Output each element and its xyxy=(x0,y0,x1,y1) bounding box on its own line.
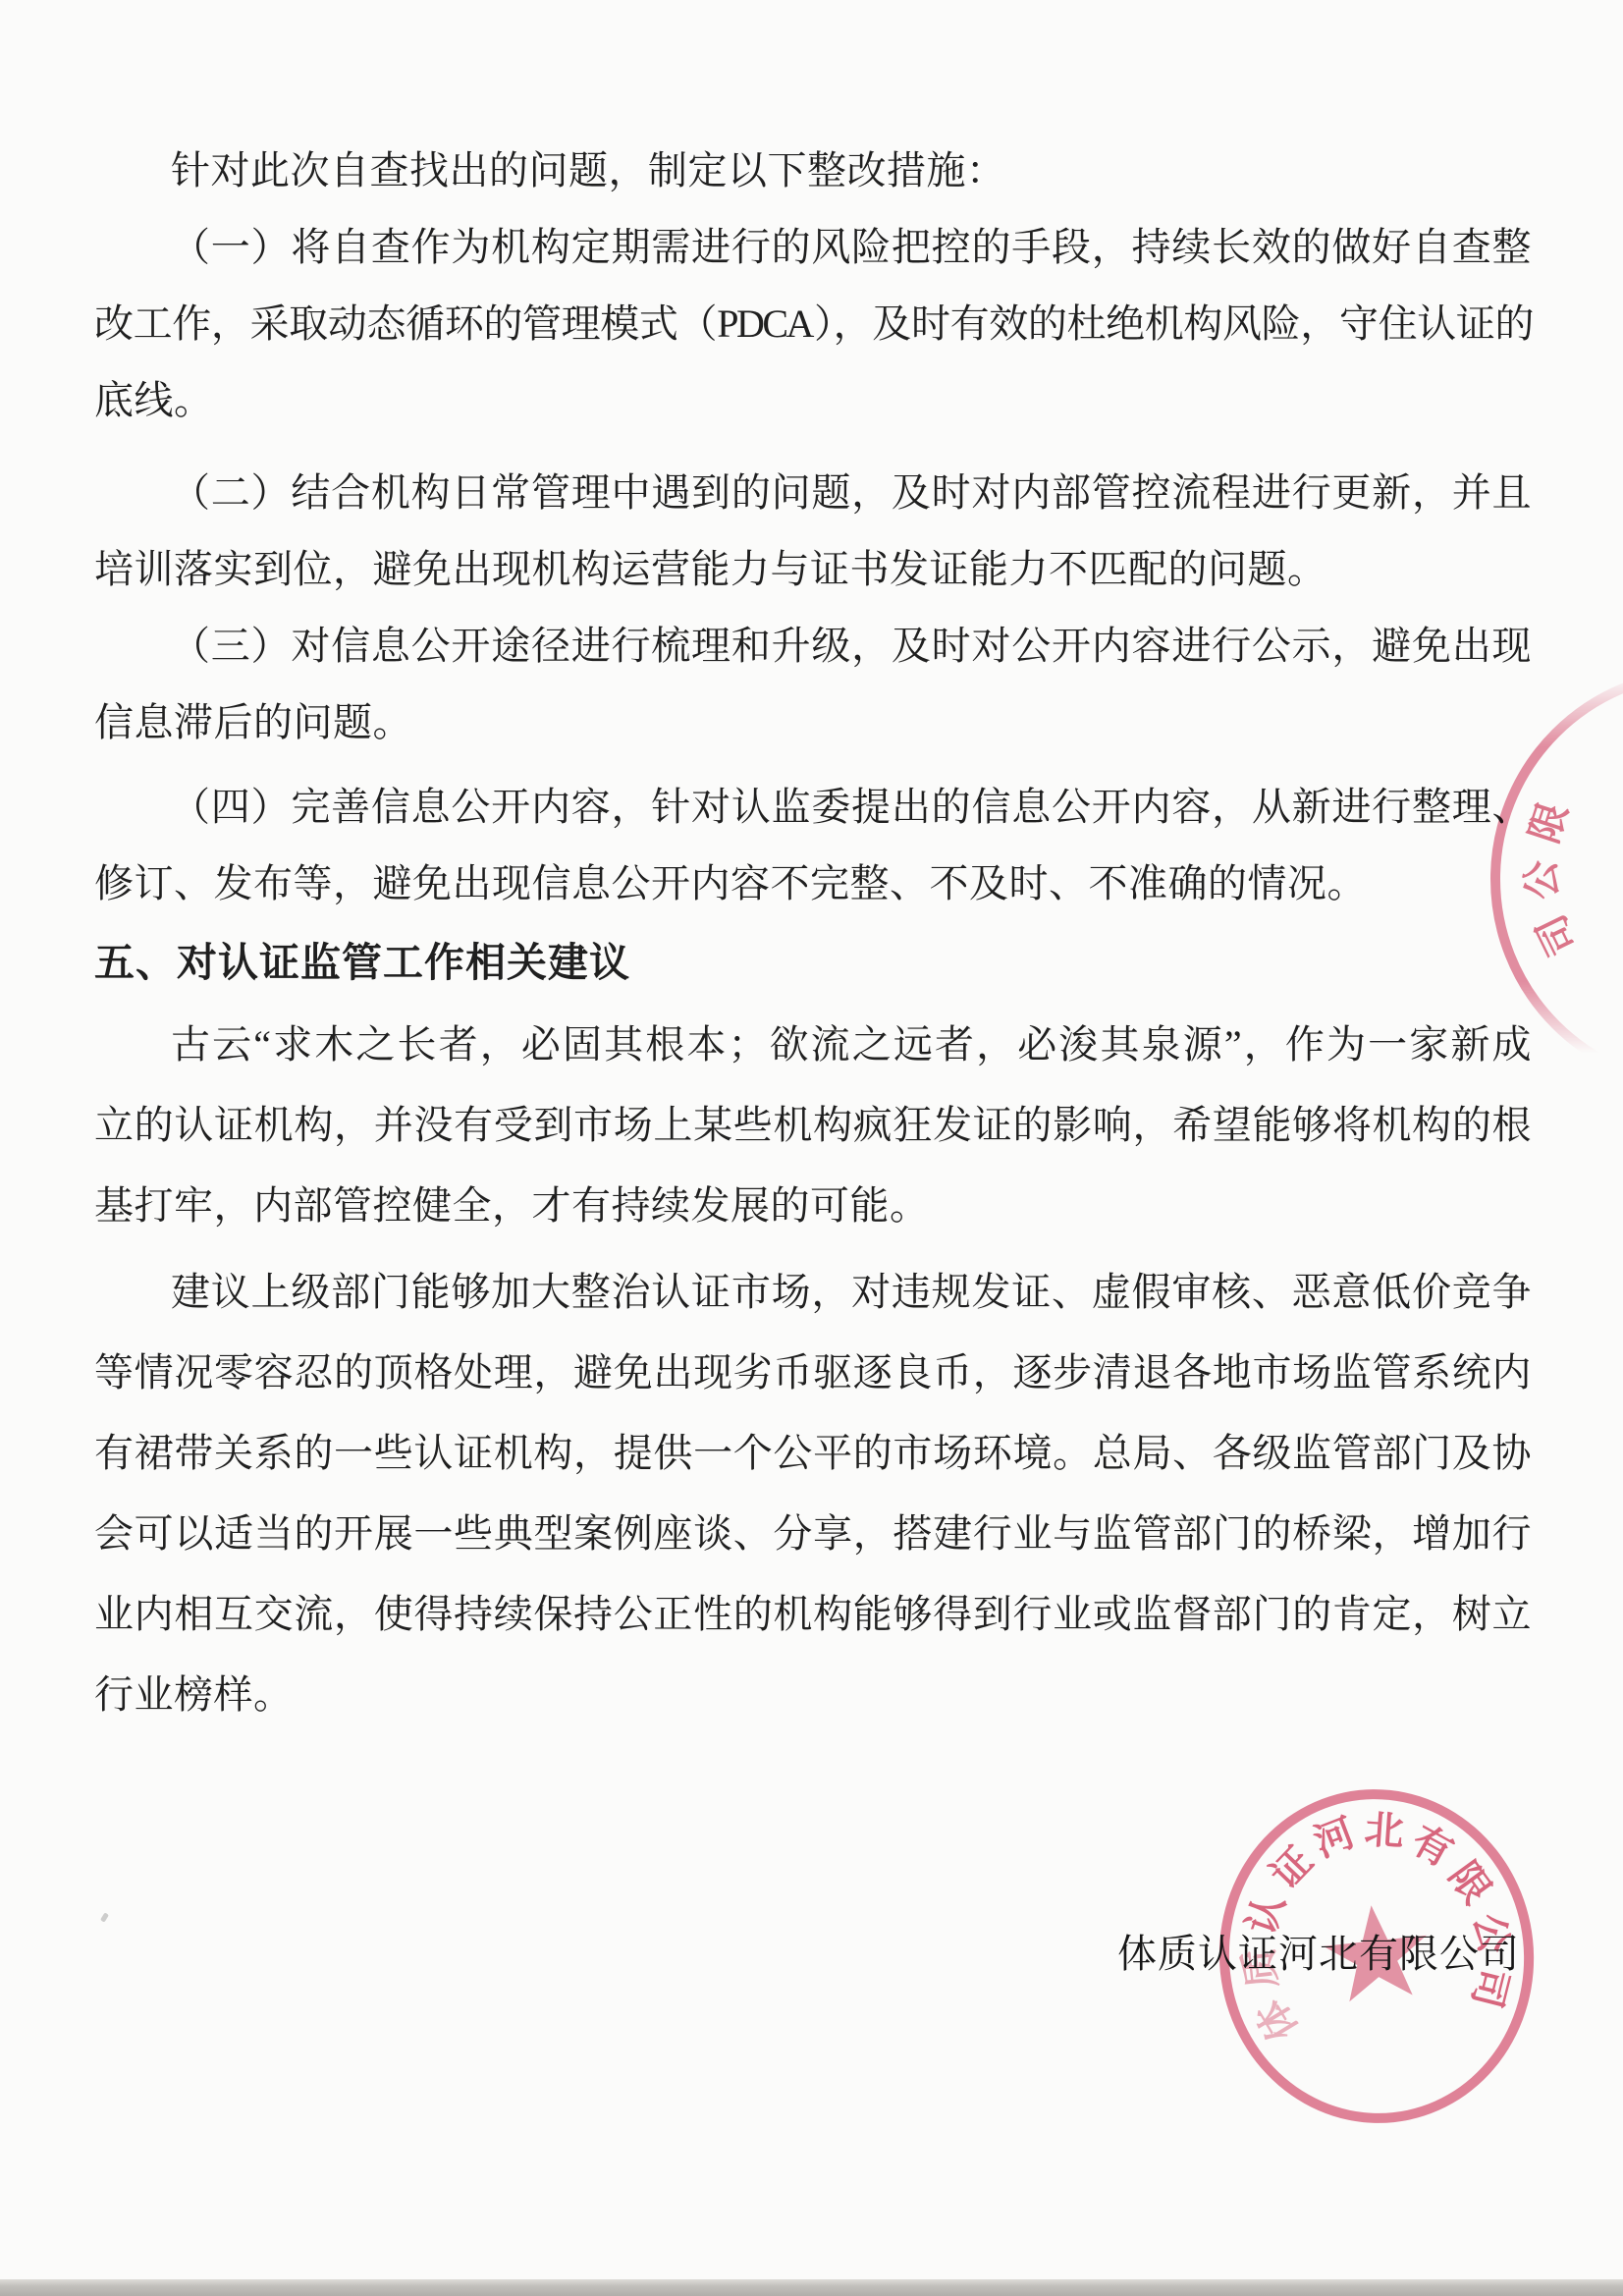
text-line: （一）将自查作为机构定期需进行的风险把控的手段，持续长效的做好自查整 xyxy=(94,224,1532,271)
text-line: 等情况零容忍的顶格处理，避免出现劣币驱逐良币，逐步清退各地市场监管系统内 xyxy=(94,1349,1532,1396)
partial-company-seal: 限 公 司 xyxy=(1436,676,1623,1068)
text-line: 业内相互交流，使得持续保持公正性的机构能够得到行业或监督部门的肯定，树立 xyxy=(94,1591,1532,1638)
scan-speck xyxy=(100,1912,109,1922)
text-line: 改工作，采取动态循环的管理模式（PDCA），及时有效的杜绝机构风险，守住认证的 xyxy=(94,301,1532,348)
text-line: 修订、发布等，避免出现信息公开内容不完整、不及时、不准确的情况。 xyxy=(94,860,1532,907)
text-line: 行业榜样。 xyxy=(94,1671,1532,1719)
company-signature: 体质认证河北有限公司 xyxy=(884,1923,1520,1979)
scanned-document-page: { "page": { "type": "scanned-document-pa… xyxy=(0,0,1623,2296)
text-line: 基打牢，内部管控健全，才有持续发展的可能。 xyxy=(94,1182,1532,1230)
text-line: （三）对信息公开途径进行梳理和升级，及时对公开内容进行公示，避免出现 xyxy=(94,623,1532,670)
text-line: 立的认证机构，并没有受到市场上某些机构疯狂发证的影响，希望能够将机构的根 xyxy=(94,1102,1532,1149)
text-line: 有裙带关系的一些认证机构，提供一个公平的市场环境。总局、各级监管部门及协 xyxy=(94,1430,1532,1477)
text-line: 建议上级部门能够加大整治认证市场，对违规发证、虚假审核、恶意低价竞争 xyxy=(94,1269,1532,1316)
text-line: 古云“求木之长者，必固其根本；欲流之远者，必浚其泉源”，作为一家新成 xyxy=(94,1021,1532,1068)
text-line: （四）完善信息公开内容，针对认监委提出的信息公开内容，从新进行整理、 xyxy=(94,784,1532,831)
text-line: 培训落实到位，避免出现机构运营能力与证书发证能力不匹配的问题。 xyxy=(94,546,1532,593)
text-line: 会可以适当的开展一些典型案例座谈、分享，搭建行业与监管部门的桥梁，增加行 xyxy=(94,1510,1532,1558)
text-line: （二）结合机构日常管理中遇到的问题，及时对内部管控流程进行更新，并且 xyxy=(94,469,1532,517)
text-line: 针对此次自查找出的问题，制定以下整改措施： xyxy=(94,147,1532,194)
section-heading: 五、对认证监管工作相关建议 xyxy=(94,939,1532,986)
text-line: 底线。 xyxy=(94,377,1532,424)
text-line: 信息滞后的问题。 xyxy=(94,699,1532,746)
scan-edge-strip xyxy=(0,2279,1623,2296)
seal-ring-char: 公 xyxy=(1520,857,1566,903)
seal-ring-char: 北 xyxy=(1361,1808,1407,1854)
